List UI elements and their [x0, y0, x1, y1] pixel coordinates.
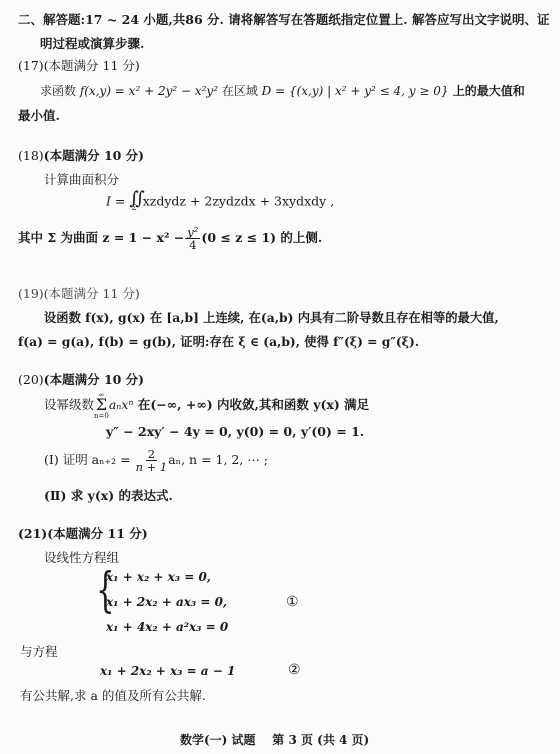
footer-subject: 数学(一) 试题 — [180, 733, 256, 747]
page-footer: 数学(一) 试题 第 3 页 (共 4 页) — [180, 731, 369, 748]
q17-statement-line2: 最小值. — [18, 106, 60, 124]
q17-statement-line1: 求函数 f(x,y) = x² + 2y² − x²y² 在区域 D = {(x… — [40, 82, 525, 99]
q20-part2: (Ⅱ) 求 y(x) 的表达式. — [44, 486, 173, 504]
q20-header: (20)(本题满分 10 分) — [18, 370, 144, 388]
part1-label: (Ⅰ) — [44, 452, 59, 467]
q21-closing: 有公共解,求 a 的值及所有公共解. — [20, 686, 206, 704]
q18-score: (本题满分 10 分) — [44, 148, 144, 163]
q21-number: (21) — [18, 526, 47, 541]
q21-and-equation: 与方程 — [20, 642, 58, 660]
y2-over-4-fraction: y²4 — [185, 226, 200, 251]
footer-page-number: 第 3 页 (共 4 页) — [272, 733, 369, 747]
q21-equation2: x₁ + 2x₂ + x₃ = a − 1 — [100, 664, 235, 678]
q20-statement: 设幂级数∞Σn=0aₙxⁿ 在(−∞, +∞) 内收敛,其和函数 y(x) 满足 — [44, 392, 369, 419]
q18-header: (18)(本题满分 10 分) — [18, 146, 144, 164]
q20-part1: (Ⅰ) 证明 aₙ₊₂ = 2n + 1aₙ, n = 1, 2, ⋯ ; — [44, 448, 268, 473]
section-heading-line2: 明过程或演算步骤. — [40, 34, 144, 52]
q21-system-eq1: x₁ + x₂ + x₃ = 0, — [106, 570, 211, 584]
q19-header: (19)(本题满分 11 分) — [18, 284, 140, 302]
q18-number: (18) — [18, 148, 44, 163]
series-sum-symbol: ∞Σn=0 — [94, 392, 109, 419]
q17-header: (17)(本题满分 11 分) — [18, 56, 140, 74]
q20-number: (20) — [18, 372, 44, 387]
system-tag-1: ① — [286, 594, 299, 610]
q19-number: (19) — [18, 286, 44, 301]
q21-system-eq2: x₁ + 2x₂ + ax₃ = 0, — [106, 595, 227, 609]
q18-condition: 其中 Σ 为曲面 z = 1 − x² −y²4(0 ≤ z ≤ 1) 的上侧. — [18, 226, 322, 251]
q20-differential-equation: y″ − 2xy′ − 4y = 0, y(0) = 0, y′(0) = 1. — [106, 424, 364, 439]
q21-system-eq3: x₁ + 4x₂ + a²x₃ = 0 — [106, 620, 228, 634]
q18-formula: I = ∬Σ xzdydz + 2zydzdx + 3xydxdy , — [106, 192, 334, 212]
q20-score: (本题满分 10 分) — [44, 372, 144, 387]
q18-intro: 计算曲面积分 — [44, 170, 119, 188]
q17-score: (本题满分 11 分) — [44, 58, 140, 73]
surface-integral-symbol: ∬Σ — [129, 192, 138, 212]
q19-statement-line2: f(a) = g(a), f(b) = g(b), 证明:存在 ξ ∈ (a,b… — [18, 332, 419, 350]
q17-function: f(x,y) = x² + 2y² − x²y² — [80, 84, 218, 98]
q19-score: (本题满分 11 分) — [44, 286, 140, 301]
q17-number: (17) — [18, 58, 44, 73]
section-heading-line1: 二、解答题:17 ~ 24 小题,共86 分. 请将解答写在答题纸指定位置上. … — [18, 10, 549, 28]
q17-region: D = {(x,y) | x² + y² ≤ 4, y ≥ 0} — [262, 84, 449, 98]
q21-score: (本题满分 11 分) — [47, 526, 147, 541]
equation-tag-2: ② — [288, 662, 301, 678]
part2-label: (Ⅱ) — [44, 488, 66, 503]
q21-header: (21)(本题满分 11 分) — [18, 524, 148, 542]
q19-statement-line1: 设函数 f(x), g(x) 在 [a,b] 上连续, 在(a,b) 内具有二阶… — [44, 308, 499, 326]
recurrence-fraction: 2n + 1 — [136, 448, 168, 473]
